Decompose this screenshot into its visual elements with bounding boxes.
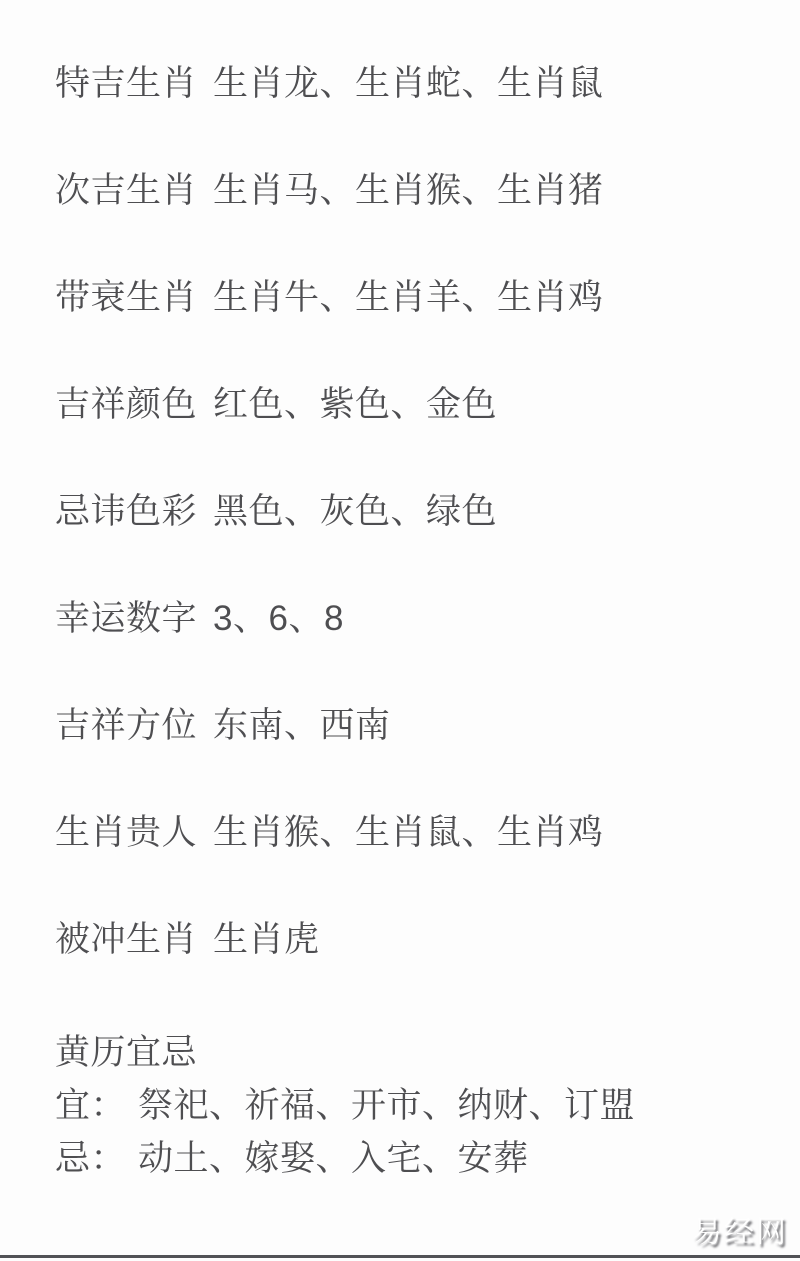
yijingwang-watermark-logo: 易经网 [692, 1207, 788, 1251]
almanac-suitable-label: 宜： [55, 1086, 126, 1125]
row-label: 吉祥方位 [55, 706, 197, 745]
fortune-list: 特吉生肖生肖龙、生肖蛇、生肖鼠 次吉生肖生肖马、生肖猴、生肖猪 带衰生肖生肖牛、… [55, 63, 790, 1185]
row-label: 生肖贵人 [55, 813, 197, 852]
row-label: 幸运数字 [55, 599, 197, 638]
row-lucky-numbers: 幸运数字3、6、8 [55, 598, 790, 705]
row-declining-zodiac: 带衰生肖生肖牛、生肖羊、生肖鸡 [55, 277, 790, 384]
row-zodiac-benefactors: 生肖贵人生肖猴、生肖鼠、生肖鸡 [55, 812, 790, 919]
almanac-suitable-line: 宜：祭祀、祈福、开市、纳财、订盟 [55, 1079, 790, 1132]
row-special-lucky-zodiac: 特吉生肖生肖龙、生肖蛇、生肖鼠 [55, 63, 790, 170]
almanac-suitable-value: 祭祀、祈福、开市、纳财、订盟 [138, 1086, 635, 1125]
row-label: 带衰生肖 [55, 278, 197, 317]
almanac-avoid-label: 忌： [55, 1139, 126, 1178]
row-lucky-directions: 吉祥方位东南、西南 [55, 705, 790, 812]
almanac-section: 黄历宜忌 宜：祭祀、祈福、开市、纳财、订盟 忌：动土、嫁娶、入宅、安葬 [55, 1026, 790, 1185]
row-label: 吉祥颜色 [55, 385, 197, 424]
row-value: 生肖猴、生肖鼠、生肖鸡 [213, 813, 604, 852]
row-clashing-zodiac: 被冲生肖生肖虎 [55, 919, 790, 1026]
row-secondary-lucky-zodiac: 次吉生肖生肖马、生肖猴、生肖猪 [55, 170, 790, 277]
row-taboo-colors: 忌讳色彩黑色、灰色、绿色 [55, 491, 790, 598]
row-value: 生肖牛、生肖羊、生肖鸡 [213, 278, 604, 317]
row-label: 忌讳色彩 [55, 492, 197, 531]
row-value: 生肖虎 [213, 920, 320, 959]
row-value: 生肖马、生肖猴、生肖猪 [213, 171, 604, 210]
row-lucky-colors: 吉祥颜色红色、紫色、金色 [55, 384, 790, 491]
row-label: 次吉生肖 [55, 171, 197, 210]
almanac-avoid-line: 忌：动土、嫁娶、入宅、安葬 [55, 1132, 790, 1185]
row-value: 东南、西南 [213, 706, 391, 745]
row-value: 红色、紫色、金色 [213, 385, 497, 424]
bottom-divider [0, 1255, 800, 1258]
almanac-title: 黄历宜忌 [55, 1026, 790, 1079]
row-value: 黑色、灰色、绿色 [213, 492, 497, 531]
row-label: 特吉生肖 [55, 64, 197, 103]
row-value: 3、6、8 [213, 599, 344, 638]
almanac-avoid-value: 动土、嫁娶、入宅、安葬 [138, 1139, 529, 1178]
row-label: 被冲生肖 [55, 920, 197, 959]
row-value: 生肖龙、生肖蛇、生肖鼠 [213, 64, 604, 103]
